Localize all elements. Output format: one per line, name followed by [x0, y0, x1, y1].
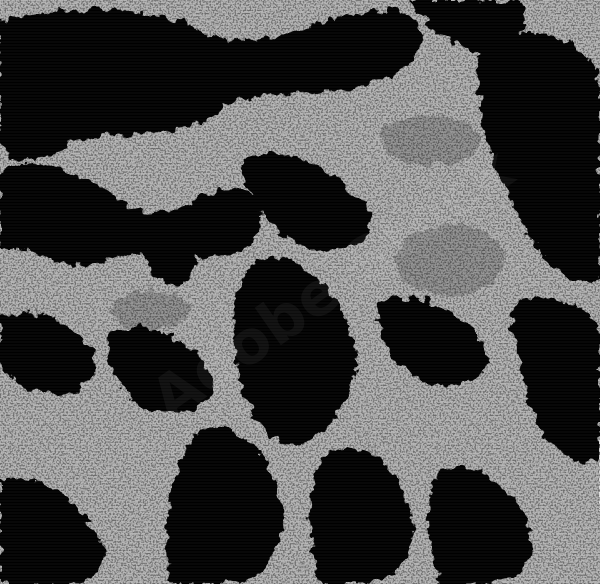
texture-blotches [0, 0, 600, 584]
grunge-texture-image: Adobe Stock #172398535 [0, 0, 600, 584]
